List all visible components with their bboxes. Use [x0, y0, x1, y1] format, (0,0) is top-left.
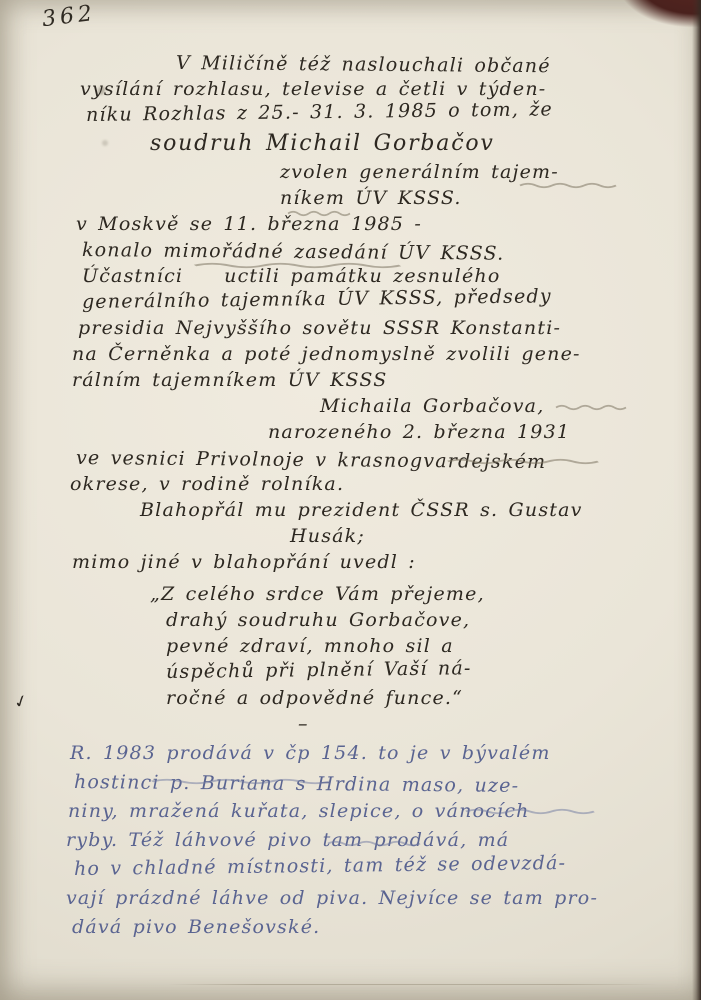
paper-crease-line	[168, 984, 658, 985]
manuscript-line: hostinci p. Buriana s Hrdina maso, uze-	[74, 768, 673, 802]
manuscript-line: vají prázdné láhve od piva. Nejvíce se t…	[66, 884, 673, 913]
manuscript-line: v Moskvě se 11. března 1985 -	[76, 211, 673, 237]
manuscript-line: dává pivo Benešovské.	[72, 913, 673, 942]
pencil-squiggle	[195, 262, 400, 269]
manuscript-line: rálním tajemníkem ÚV KSSS	[72, 367, 673, 393]
manuscript-line: R. 1983 prodává v čp 154. to je v bývalé…	[70, 739, 673, 768]
pencil-squiggle	[448, 458, 598, 465]
margin-check-mark: ✓	[11, 690, 31, 713]
manuscript-line: narozeného 2. března 1931	[268, 419, 673, 445]
book-cover-corner	[618, 0, 701, 37]
manuscript-line: drahý soudruhu Gorbačove,	[166, 607, 673, 633]
manuscript-line: Blahopřál mu prezident ČSSR s. Gustav	[140, 497, 673, 523]
pencil-squiggle	[556, 404, 626, 411]
manuscript-line: soudruh Michail Gorbačov	[150, 128, 673, 159]
pencil-squiggle	[152, 778, 330, 785]
manuscript-line: ročné a odpovědné funce.“	[166, 685, 673, 711]
page-number: 362	[41, 1, 98, 32]
pencil-squiggle	[466, 808, 594, 815]
manuscript-line: mimo jiné v blahopřání uvedl :	[72, 549, 673, 575]
page-edge-shadow	[692, 0, 701, 1000]
quote-separator-dash: –	[298, 711, 673, 729]
pencil-squiggle	[328, 840, 420, 847]
pencil-squiggle	[288, 210, 350, 217]
manuscript-line: V Miličíně též naslouchali občané	[176, 50, 673, 80]
chronicle-page-photo: 362 V Miličíně též naslouchali občané vy…	[0, 0, 701, 1000]
manuscript-line: ho v chladné místnosti, tam též se odevz…	[74, 848, 673, 884]
manuscript-line: presidia Nejvyššího sovětu SSSR Konstant…	[78, 315, 673, 341]
manuscript-line: Husák;	[290, 523, 673, 549]
manuscript-line: „Z celého srdce Vám přejeme,	[150, 581, 673, 607]
pencil-squiggle	[520, 182, 616, 189]
manuscript-line: na Černěnka a poté jednomyslně zvolili g…	[72, 341, 673, 367]
manuscript-line: úspěchů při plnění Vaší ná-	[166, 653, 673, 685]
